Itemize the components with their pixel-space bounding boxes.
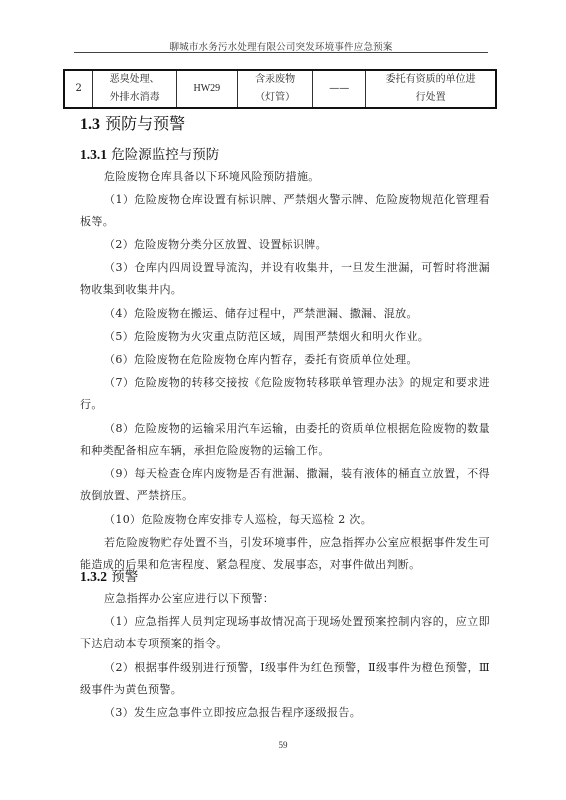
paragraph: （6）危险废物在危险废物仓库内暂存，委托有资质单位处理。 bbox=[80, 349, 490, 371]
section-number: 1.3.2 bbox=[80, 569, 107, 584]
section-number: 1.3 bbox=[80, 116, 100, 133]
cell-disposal: 委托有资质的单位进 行处置 bbox=[366, 70, 496, 108]
paragraph: （5）危险废物为火灾重点防范区域，周围严禁烟火和明火作业。 bbox=[80, 326, 490, 348]
paragraph: 应急指挥办公室应进行以下预警： bbox=[80, 588, 490, 610]
cell-name: 含汞废物 （灯管） bbox=[237, 70, 313, 108]
cell-source: 恶臭处理、 外排水消毒 bbox=[93, 70, 177, 108]
section-heading-1-3-2: 1.3.2 预警 bbox=[80, 565, 138, 585]
section-title: 危险源监控与预防 bbox=[111, 147, 219, 163]
paragraph: （10）危险废物仓库安排专人巡检，每天巡检 2 次。 bbox=[80, 509, 490, 531]
paragraph: （7）危险废物的转移交接按《危险废物转移联单管理办法》的规定和要求进行。 bbox=[80, 372, 490, 416]
section-heading-1-3-1: 1.3.1 危险源监控与预防 bbox=[80, 143, 219, 163]
paragraph: （2）根据事件级别进行预警，Ⅰ级事件为红色预警，Ⅱ级事件为橙色预警，Ⅲ级事件为黄… bbox=[80, 657, 490, 701]
paragraph: （2）危险废物分类分区放置、设置标识牌。 bbox=[80, 234, 490, 256]
cell-code: HW29 bbox=[176, 70, 237, 108]
paragraph: （4）危险废物在搬运、储存过程中，严禁泄漏、撒漏、混放。 bbox=[80, 303, 490, 325]
page-number: 59 bbox=[0, 740, 566, 750]
paragraph: （1）应急指挥人员判定现场事故情况高于现场处置预案控制内容的，应立即下达启动本专… bbox=[80, 611, 490, 655]
cell-name-line1: 含汞废物 bbox=[238, 71, 313, 89]
cell-name-line2: （灯管） bbox=[238, 89, 313, 107]
table-row: 2 恶臭处理、 外排水消毒 HW29 含汞废物 （灯管） —— 委托有资质的单位… bbox=[64, 70, 496, 108]
section-heading-1-3: 1.3 预防与预警 bbox=[80, 111, 185, 134]
cell-source-line1: 恶臭处理、 bbox=[93, 71, 176, 89]
cell-source-line2: 外排水消毒 bbox=[93, 89, 176, 107]
cell-disposal-line1: 委托有资质的单位进 bbox=[366, 71, 495, 89]
section-number: 1.3.1 bbox=[80, 147, 107, 162]
cell-no: 2 bbox=[64, 70, 93, 108]
page-header-title: 聊城市水务污水处理有限公司突发环境事件应急预案 bbox=[74, 39, 488, 53]
paragraph: （8）危险废物的运输采用汽车运输，由委托的资质单位根据危险废物的数量和种类配备相… bbox=[80, 418, 490, 462]
paragraph: （3）仓库内四周设置导流沟，并设有收集井，一旦发生泄漏，可暂时将泄漏物收集到收集… bbox=[80, 257, 490, 301]
paragraph: （9）每天检查仓库内废物是否有泄漏、撒漏，装有液体的桶直立放置，不得放倒放置、严… bbox=[80, 463, 490, 507]
header-divider bbox=[74, 52, 488, 53]
hazardous-waste-table: 2 恶臭处理、 外排水消毒 HW29 含汞废物 （灯管） —— 委托有资质的单位… bbox=[63, 69, 497, 109]
paragraph: （3）发生应急事件立即按应急报告程序逐级报告。 bbox=[80, 702, 490, 724]
cell-amount: —— bbox=[313, 70, 366, 108]
section-title: 预警 bbox=[111, 569, 138, 585]
paragraph: （1）危险废物仓库设置有标识牌、严禁烟火警示牌、危险废物规范化管理看板等。 bbox=[80, 189, 490, 233]
cell-disposal-line2: 行处置 bbox=[366, 89, 495, 107]
section-title: 预防与预警 bbox=[105, 114, 185, 133]
paragraph: 危险废物仓库具备以下环境风险预防措施。 bbox=[80, 166, 490, 188]
paragraph: 若危险废物贮存处置不当，引发环境事件，应急指挥办公室应根据事件发生可能造成的后果… bbox=[80, 532, 490, 576]
